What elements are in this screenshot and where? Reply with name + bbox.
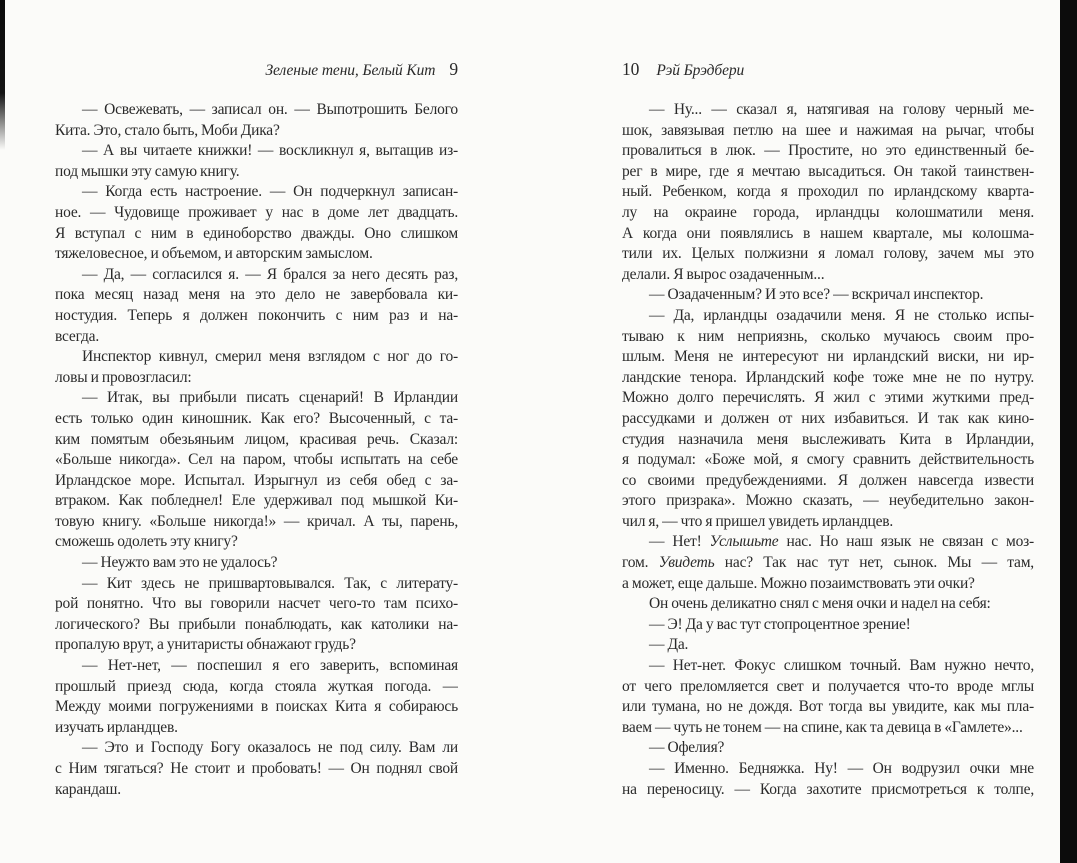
text-line: сможешь одолеть эту книгу? — [55, 532, 458, 553]
text-line: под мышки эту самую книгу. — [55, 162, 458, 183]
text-line: ваем — чуть не тонем — на спине, как та … — [622, 718, 1034, 739]
page-number-right: 10 — [622, 59, 639, 79]
text-line: я подумал: «Боже мой, я смогу сравнить д… — [622, 450, 1034, 471]
text-line: Ирландское море. Испытал. Изрыгнул из се… — [55, 471, 458, 492]
right-running-header: 10Рэй Брэдбери — [622, 59, 1034, 81]
text-line: на переносицу. — Когда захотите присмотр… — [622, 780, 1034, 801]
right-page-text: — Ну... — сказал я, натягивая на голову … — [622, 100, 1034, 800]
text-line: этого призрака». Можно сказать, — неубед… — [622, 491, 1034, 512]
text-line: пока месяц назад меня на это дело не зав… — [55, 285, 458, 306]
text-line: делали. Я вырос озадаченным... — [622, 265, 1034, 286]
text-line: чил я, — что я пришел увидеть ирландцев. — [622, 512, 1034, 533]
text-line: — Ну... — сказал я, натягивая на голову … — [622, 100, 1034, 121]
text-line: а может, еще дальше. Можно позаимствоват… — [622, 574, 1034, 595]
text-line: карандаш. — [55, 780, 458, 801]
text-line: шлым. Меня не интересуют ни ирландский в… — [622, 347, 1034, 368]
text-line: — Кит здесь не пришвартовывался. Так, с … — [55, 574, 458, 595]
text-line: рег в мире, где я мечтаю высадиться. Он … — [622, 162, 1034, 183]
text-line: ким помятым обезьяньим лицом, красивая р… — [55, 430, 458, 451]
text-line: прошлый приезд сюда, когда стояла жуткая… — [55, 677, 458, 698]
text-line: гом. Увидеть нас? Так нас тут нет, сынок… — [622, 553, 1034, 574]
text-line: — Это и Господу Богу оказалось не под си… — [55, 738, 458, 759]
text-line: всегда. — [55, 327, 458, 348]
book-title: Зеленые тени, Белый Кит — [265, 62, 435, 79]
text-line: — Да, — согласился я. — Я брался за него… — [55, 265, 458, 286]
text-line: — Нет-нет, — поспешил я его заверить, вс… — [55, 656, 458, 677]
left-page-text: — Освежевать, — записал он. — Выпотрошит… — [55, 100, 458, 800]
text-line: — Нет-нет. Фокус слишком точный. Вам нуж… — [622, 656, 1034, 677]
text-line: втраком. Как побледнел! Еле удерживал по… — [55, 491, 458, 512]
text-line: от чего преломляется свет и получается ч… — [622, 677, 1034, 698]
text-line: ландские тенора. Ирландский кофе тоже мн… — [622, 368, 1034, 389]
text-line: Я вступал с ним в единоборство дважды. О… — [55, 224, 458, 245]
text-line: рой понятно. Что вы говорили насчет чего… — [55, 594, 458, 615]
text-line: есть только один киношник. Как его? Высо… — [55, 409, 458, 430]
text-line: товую книгу. «Больше никогда!» — кричал.… — [55, 512, 458, 533]
text-line: — Итак, вы прибыли писать сценарий! В Ир… — [55, 388, 458, 409]
text-line: — Да. — [622, 635, 1034, 656]
text-line: — Офелия? — [622, 738, 1034, 759]
text-line: — Освежевать, — записал он. — Выпотрошит… — [55, 100, 458, 121]
left-running-header: Зеленые тени, Белый Кит9 — [55, 59, 458, 81]
text-line: Можно долго перечислять. Я жил с этими ж… — [622, 388, 1034, 409]
text-line: ловы и провозгласил: — [55, 368, 458, 389]
book-spread: Зеленые тени, Белый Кит9 10Рэй Брэдбери … — [0, 0, 1077, 863]
text-line: изучать ирландцев. — [55, 718, 458, 739]
text-line: ностудия. Теперь я должен покончить с ни… — [55, 306, 458, 327]
text-line: — Именно. Бедняжка. Ну! — Он водрузил оч… — [622, 759, 1034, 780]
text-line: шок, завязывая петлю на шее и нажимая на… — [622, 121, 1034, 142]
text-line: тываю к ним неприязнь, сколько мучаюсь с… — [622, 327, 1034, 348]
text-line: пропалую врут, а унитаристы обнажают гру… — [55, 635, 458, 656]
text-line: рассудками и должен от них избавиться. И… — [622, 409, 1034, 430]
text-line: Инспектор кивнул, смерил меня взглядом с… — [55, 347, 458, 368]
text-line: — Когда есть настроение. — Он подчеркнул… — [55, 182, 458, 203]
text-line: Он очень деликатно снял с меня очки и на… — [622, 594, 1034, 615]
scan-edge-artifact-right — [1060, 0, 1077, 863]
text-line: тили их. Целых полжизни я ломал голову, … — [622, 244, 1034, 265]
text-line: ный. Ребенком, когда я проходил по ирлан… — [622, 182, 1034, 203]
text-line: — Нет! Услышьте нас. Но наш язык не связ… — [622, 532, 1034, 553]
text-line: ное. — Чудовище проживает у нас в доме л… — [55, 203, 458, 224]
text-line: студия назначила меня выслеживать Кита в… — [622, 430, 1034, 451]
text-line: — А вы читаете книжки! — воскликнул я, в… — [55, 141, 458, 162]
text-line: тяжеловесное, и объемом, и авторским зам… — [55, 244, 458, 265]
text-line: — Да, ирландцы озадачили меня. Я не стол… — [622, 306, 1034, 327]
text-line: — Неужто вам это не удалось? — [55, 553, 458, 574]
scan-edge-artifact-left — [0, 0, 5, 150]
text-line: с Ним тягаться? Не стоит и пробовать! — … — [55, 759, 458, 780]
text-line: или тумана, но не дождя. Вот тогда вы ув… — [622, 697, 1034, 718]
text-line: лу на окраине города, ирландцы колошмати… — [622, 203, 1034, 224]
text-line: Кита. Это, стало быть, Моби Дика? — [55, 121, 458, 142]
text-line: со своими предубеждениями. Я должен навс… — [622, 471, 1034, 492]
page-number-left: 9 — [449, 59, 458, 79]
text-line: Между моими погружениями в поисках Кита … — [55, 697, 458, 718]
text-line: — Озадаченным? И это все? — вскричал инс… — [622, 285, 1034, 306]
text-line: А когда они появлялись в нашем квартале,… — [622, 224, 1034, 245]
text-line: провалиться в люк. — Простите, но это ед… — [622, 141, 1034, 162]
text-line: — Э! Да у вас тут стопроцентное зрение! — [622, 615, 1034, 636]
text-line: логического? Вы прибыли понаблюдать, как… — [55, 615, 458, 636]
author-name: Рэй Брэдбери — [656, 62, 744, 79]
text-line: «Больше никогда». Сел на паром, чтобы ис… — [55, 450, 458, 471]
